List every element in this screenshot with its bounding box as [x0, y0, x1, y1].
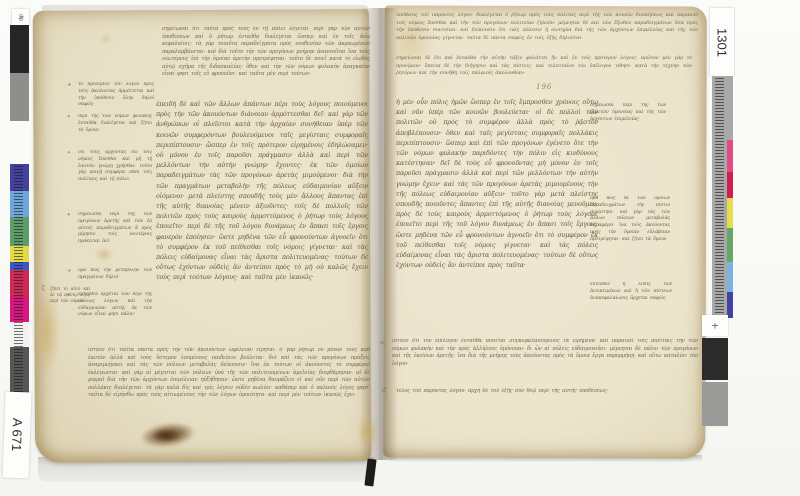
margin-mark: ις	[380, 340, 385, 346]
ruler-ticks	[715, 76, 724, 318]
left-margin-intro: + τὸ προοίμιον τοῦ λόγου πρὸς τοὺς ἀκούο…	[78, 82, 154, 112]
manuscript-photo: σημείωσαι ὅτι ταῦτα πρὸς τοὺς ἐν τῇ πόλε…	[0, 0, 800, 496]
right-margin-note: ὅρα πῶς ἐκ τῶν ὁμοίων παραδειγμάτων τὴν …	[590, 196, 670, 258]
ruler-segment-lightblue	[727, 262, 733, 292]
right-main-text: ἡ μὲν οὖν πόλις ἡμῶν ὥσπερ ἐν τοῖς ἔμπρο…	[396, 97, 598, 343]
ruler-segment-magenta	[727, 140, 733, 172]
folio-number: 196	[536, 83, 552, 91]
color-ruler-left	[10, 164, 29, 396]
left-top-scholia: σημείωσαι ὅτι ταῦτα πρὸς τοὺς ἐν τῇ πόλε…	[162, 26, 370, 82]
margin-mark: ∗	[67, 150, 71, 156]
right-bottom-scholia: ις ἰστέον ὅτι τὸν ἐπίλογον ἐνταῦθα ποιεῖ…	[392, 338, 698, 384]
margin-mark: ÷	[67, 268, 72, 274]
ruler-segment-yellow	[727, 198, 733, 228]
margin-mark: ∗	[67, 114, 71, 120]
catena-note: ∗ σημείωσαι περὶ τῆς τῶν προγόνων ἀρετῆς…	[78, 212, 152, 264]
calibration-black-patch	[10, 25, 29, 73]
ink-stain-core	[152, 429, 180, 442]
right-margin-note: ἐντεῦθεν ἡ λύσις τῶν ἀντικειμένων καὶ ἡ …	[590, 282, 672, 320]
margin-mark: ζ	[42, 286, 45, 292]
right-bottom-line: ιζ τέλος τοῦ παρόντος λόγου· ἀρχὴ δὲ τοῦ…	[396, 388, 664, 397]
bookmark-ribbon	[364, 459, 376, 487]
calibration-black-patch	[702, 338, 728, 380]
color-ruler-right	[712, 76, 733, 318]
catena-note: ∗ ὅτι τοὺς ἄρχοντας δεῖ τοῖς νόμοις ἕπεσ…	[78, 150, 152, 206]
margin-mark: ∗	[67, 212, 71, 218]
right-top-scholia-1: ὑπόθεσις τοῦ παρόντος λόγου· διαλέγεται …	[396, 12, 698, 54]
left-main-text: ἐπειδὴ δὲ καὶ τῶν ἄλλων ἁπάντων πέρι τοὺ…	[156, 99, 368, 345]
left-bottom-scholia: ἰστέον ὅτι ταῦτα πάντα πρὸς τὴν τῶν ἀκου…	[88, 347, 370, 421]
margin-mark: +	[67, 82, 72, 88]
ruler-segment-green	[727, 228, 733, 262]
calibration-white-patch	[10, 121, 29, 164]
margin-mark: ιζ	[382, 388, 387, 394]
shelf-label-small: dlp	[12, 9, 29, 25]
catena-note: ∗ περὶ τῆς τῶν νόμων φυλακῆς ἐνταῦθα δια…	[78, 114, 152, 144]
shelf-number-label: 1301	[710, 8, 734, 76]
calibration-gray-patch	[10, 73, 29, 121]
right-margin-note: σημείωσαι περὶ τῆς τῶν πολιτῶν ὁμονοίας …	[590, 103, 666, 137]
shelf-mark-label: A 671	[3, 392, 32, 479]
right-top-scholia-2: σημείωσαι δὲ ὅτι καὶ ἐνταῦθα τὴν αὐτὴν τ…	[396, 55, 692, 85]
outer-margin-note: ζ ζήτει τὸ αὐτὸ καὶ ἐν τῷ πρώτῳ λόγῳ περ…	[50, 286, 90, 322]
registration-cross: +	[702, 315, 728, 336]
ruler-segment-crimson	[727, 172, 733, 198]
catena-note: ÷ ὅρα πῶς τὴν μεταβολὴν τῶν πραγμάτων δη…	[78, 268, 152, 288]
calibration-gray-patch	[702, 382, 728, 426]
parchment-spot	[100, 34, 112, 43]
ruler-ticks	[14, 164, 23, 396]
